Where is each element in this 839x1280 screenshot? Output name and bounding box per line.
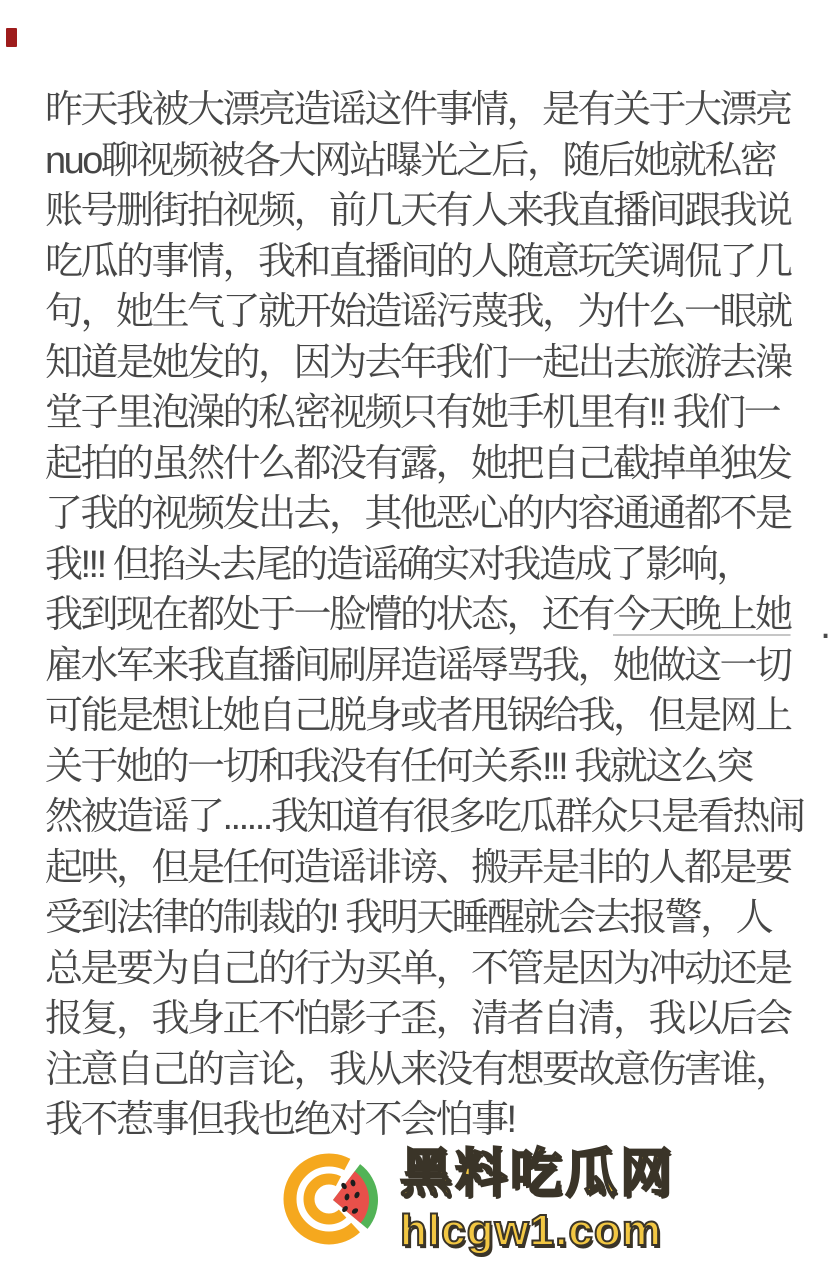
watermark-site-url: hlcgw1.com — [400, 1208, 662, 1254]
text-line-content: 起拍的虽然什么都没有露，她把自己截掉单独发 — [45, 443, 791, 485]
text-line-with-underline: 我到现在都处于一脸懵的状态，还有今天晚上她 — [45, 590, 801, 641]
text-line-content: 总是要为自己的行为买单，不管是因为冲动还是 — [45, 948, 791, 990]
text-line: 注意自己的言论，我从来没有想要故意伤害谁， — [45, 1045, 801, 1096]
stray-dot: . — [820, 600, 839, 650]
text-line-content: 吃瓜的事情，我和直播间的人随意玩笑调侃了几 — [45, 241, 791, 283]
text-line-content: 可能是想让她自己脱身或者甩锅给我，但是网上 — [45, 695, 791, 737]
underlined-phrase: 今天晚上她 — [613, 594, 791, 636]
text-line: nuo聊视频被各大网站曝光之后，随后她就私密 — [45, 136, 801, 187]
text-line: 句，她生气了就开始造谣污蔑我，为什么一眼就 — [45, 287, 801, 338]
text-line: 然被造谣了......我知道有很多吃瓜群众只是看热闹 — [45, 792, 801, 843]
text-line-content: 受到法律的制裁的! 我明天睡醒就会去报警，人 — [45, 897, 771, 939]
text-line-content: 昨天我被大漂亮造谣这件事情，是有关于大漂亮 — [45, 89, 791, 131]
text-line-content: 我!!! 但掐头去尾的造谣确实对我造成了影响， — [45, 544, 752, 586]
text-line-content: 起哄，但是任何造谣诽谤、搬弄是非的人都是要 — [45, 847, 791, 889]
screenshot-canvas: 昨天我被大漂亮造谣这件事情，是有关于大漂亮 nuo聊视频被各大网站曝光之后，随后… — [0, 0, 839, 1280]
text-line: 知道是她发的，因为去年我们一起出去旅游去澡 — [45, 338, 801, 389]
text-line-content: 知道是她发的，因为去年我们一起出去旅游去澡 — [45, 342, 791, 384]
text-line-content: 堂子里泡澡的私密视频只有她手机里有!! 我们一 — [45, 392, 779, 434]
text-line: 吃瓜的事情，我和直播间的人随意玩笑调侃了几 — [45, 237, 801, 288]
text-line-content: nuo聊视频被各大网站曝光之后，随后她就私密 — [45, 140, 775, 182]
text-line-content: 雇水军来我直播间刷屏造谣辱骂我，她做这一切 — [45, 645, 791, 687]
watermark-site-name: 黑料吃瓜网 — [400, 1146, 675, 1202]
site-watermark: 黑料吃瓜网 hlcgw1.com — [281, 1145, 675, 1255]
text-line: 起哄，但是任何造谣诽谤、搬弄是非的人都是要 — [45, 843, 801, 894]
text-line-content: 注意自己的言论，我从来没有想要故意伤害谁， — [45, 1049, 791, 1091]
corner-red-mark — [6, 28, 17, 47]
text-line: 堂子里泡澡的私密视频只有她手机里有!! 我们一 — [45, 388, 801, 439]
text-line-content: 我到现在都处于一脸懵的状态，还有 — [45, 594, 613, 636]
watermelon-c-logo-icon — [281, 1145, 391, 1255]
text-line: 起拍的虽然什么都没有露，她把自己截掉单独发 — [45, 439, 801, 490]
text-line-content: 报复，我身正不怕影子歪，清者自清，我以后会 — [45, 998, 791, 1040]
text-line-content: 了我的视频发出去，其他恶心的内容通通都不是 — [45, 493, 791, 535]
text-line: 受到法律的制裁的! 我明天睡醒就会去报警，人 — [45, 893, 801, 944]
text-line: 我不惹事但我也绝对不会怕事! — [45, 1095, 801, 1146]
text-line-content: 句，她生气了就开始造谣污蔑我，为什么一眼就 — [45, 291, 791, 333]
text-line-content: 我不惹事但我也绝对不会怕事! — [45, 1099, 515, 1141]
text-line-content: 然被造谣了......我知道有很多吃瓜群众只是看热闹 — [45, 796, 803, 838]
text-line: 报复，我身正不怕影子歪，清者自清，我以后会 — [45, 994, 801, 1045]
text-line: 了我的视频发出去，其他恶心的内容通通都不是 — [45, 489, 801, 540]
text-line: 可能是想让她自己脱身或者甩锅给我，但是网上 — [45, 691, 801, 742]
text-line: 我!!! 但掐头去尾的造谣确实对我造成了影响， — [45, 540, 801, 591]
text-line: 昨天我被大漂亮造谣这件事情，是有关于大漂亮 — [45, 85, 801, 136]
text-line-content: 账号删街拍视频，前几天有人来我直播间跟我说 — [45, 190, 791, 232]
text-line: 关于她的一切和我没有任何关系!!! 我就这么突 — [45, 742, 801, 793]
text-line: 雇水军来我直播间刷屏造谣辱骂我，她做这一切 — [45, 641, 801, 692]
text-line-content: 关于她的一切和我没有任何关系!!! 我就这么突 — [45, 746, 752, 788]
watermark-text: 黑料吃瓜网 hlcgw1.com — [400, 1146, 675, 1254]
text-line: 总是要为自己的行为买单，不管是因为冲动还是 — [45, 944, 801, 995]
text-line: 账号删街拍视频，前几天有人来我直播间跟我说 — [45, 186, 801, 237]
post-text-block: 昨天我被大漂亮造谣这件事情，是有关于大漂亮 nuo聊视频被各大网站曝光之后，随后… — [45, 85, 801, 1146]
